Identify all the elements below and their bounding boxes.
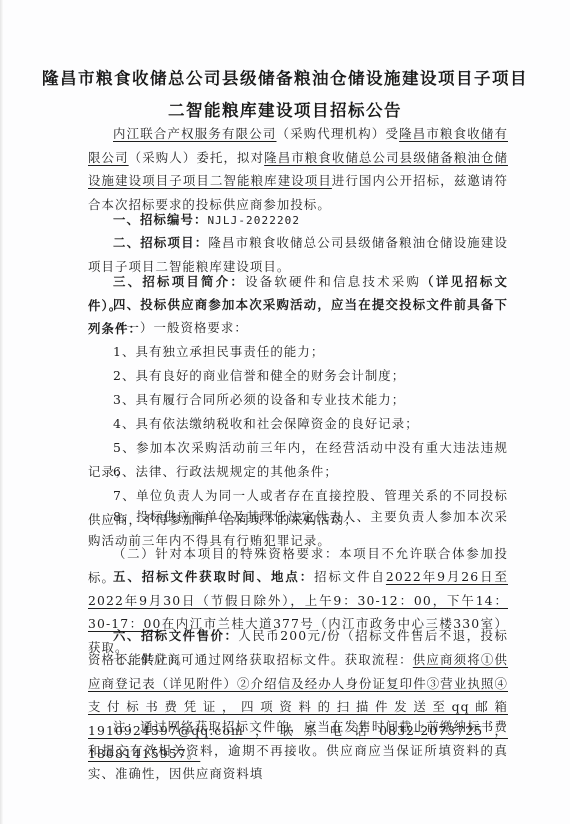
page-edge <box>0 0 3 824</box>
document-title-line2: 二智能粮库建设项目招标公告 <box>0 97 570 121</box>
section-2-label: 二、招标项目： <box>113 235 208 250</box>
section-1: 一、招标编号：NJLJ-2022202 <box>88 208 508 233</box>
requirement-item-6: 6、法律、行政法规规定的其他条件； <box>88 460 508 484</box>
section-1-label: 一、招标编号： <box>113 212 207 227</box>
section-3-label: 三、招标项目简介： <box>113 274 245 289</box>
requirement-item-4: 4、具有依法缴纳税收和社会保障资金的良好记录； <box>88 412 508 436</box>
section-5-label: 五、招标文件获取时间、地点： <box>113 569 314 584</box>
note-paragraph: 注：通过网络获取招标文件的，应当在发售时间截止前缴纳标书费和提交有效相关资料，逾… <box>88 715 508 786</box>
agent-role: （采购代理机构）受 <box>277 126 400 141</box>
tender-number: NJLJ-2022202 <box>207 214 300 227</box>
agent-name: 内江联合产权服务有限公司 <box>113 126 277 141</box>
section-5-pre: 招标文件自 <box>314 569 386 584</box>
section-6-label: 六、招标文件售价： <box>113 628 238 643</box>
document-title-line1: 隆昌市粮食收储总公司县级储备粮油仓储设施建设项目子项目 <box>0 65 570 89</box>
requirement-item-1: 1、具有独立承担民事责任的能力； <box>88 340 508 364</box>
intro-paragraph: 内江联合产权服务有限公司（采购代理机构）受隆昌市粮食收储有限公司（采购人）委托，… <box>88 122 508 216</box>
requirement-item-3: 3、具有履行合同所必须的设备和专业技术能力； <box>88 388 508 412</box>
purchaser-role: （采购人）委托，拟对 <box>129 150 265 165</box>
general-requirements: （一）一般资格要求： <box>88 316 508 340</box>
section-7-label: 七、供应商可通过网络获取招标文件。获取流程： <box>113 652 413 667</box>
section-3-value: 设备软硬件和信息技术采购 <box>245 274 421 289</box>
requirement-item-2: 2、具有良好的商业信誉和健全的财务会计制度； <box>88 364 508 388</box>
